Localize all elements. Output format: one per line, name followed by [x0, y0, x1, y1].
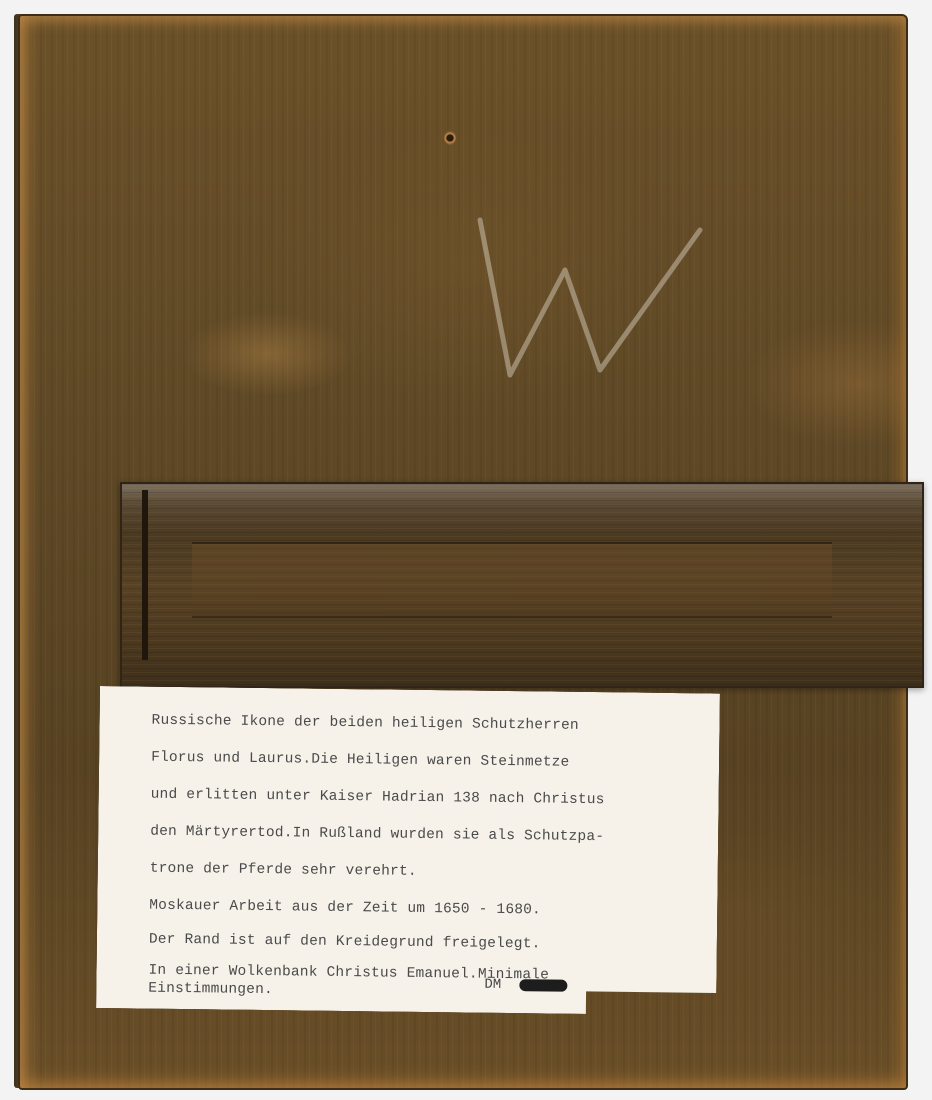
label-line: Florus und Laurus.Die Heiligen waren Ste…: [151, 746, 711, 778]
label-line: Moskauer Arbeit aus der Zeit um 1650 - 1…: [149, 894, 709, 926]
redacted-price: [519, 979, 567, 992]
price-row: DM: [484, 977, 567, 994]
label-line: den Märtyrertod.In Rußland wurden sie al…: [150, 820, 710, 852]
label-text: Russische Ikone der beiden heiligen Schu…: [148, 709, 711, 1005]
typed-paper-label: Russische Ikone der beiden heiligen Schu…: [96, 686, 720, 1016]
batten-groove-panel: [192, 542, 832, 618]
label-line: und erlitten unter Kaiser Hadrian 138 na…: [151, 783, 711, 815]
price-currency: DM: [484, 977, 501, 993]
label-line: trone der Pferde sehr verehrt.: [150, 857, 710, 889]
batten-slot: [142, 490, 148, 660]
chalk-w-mark: [470, 200, 710, 390]
label-line: Der Rand ist auf den Kreidegrund freigel…: [149, 928, 709, 960]
nail-hole: [444, 131, 456, 145]
wooden-batten: [120, 482, 924, 688]
label-line: Russische Ikone der beiden heiligen Schu…: [151, 709, 711, 741]
